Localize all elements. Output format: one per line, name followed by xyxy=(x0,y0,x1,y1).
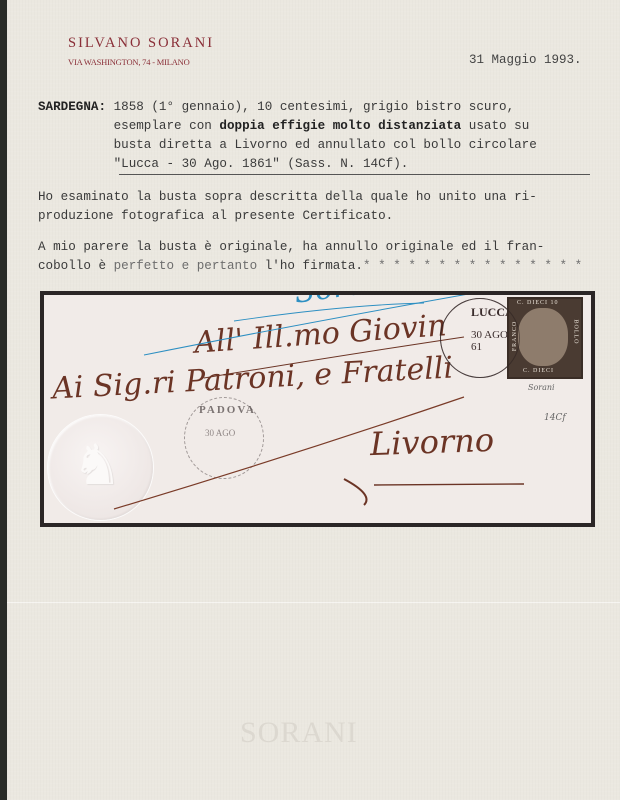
asterisk-fill: * * * * * * * * * * * * * * * xyxy=(363,259,582,273)
postmark-lucca-overlay xyxy=(440,298,520,378)
paper-fold-line xyxy=(7,602,620,603)
scan-edge-strip xyxy=(0,0,7,800)
opinion-paragraph: A mio parere la busta è originale, ha an… xyxy=(38,238,582,276)
examination-paragraph: Ho esaminato la busta sopra descritta de… xyxy=(38,188,537,226)
paragraph1-line1: Ho esaminato la busta sopra descritta de… xyxy=(38,190,537,204)
description-line-4: "Lucca - 30 Ago. 1861" (Sass. N. 14Cf). xyxy=(38,157,408,171)
stamp-effigy xyxy=(518,308,568,366)
description-variety-bold: doppia effigie molto distanziata xyxy=(219,119,461,133)
description-line-2-post: usato su xyxy=(461,119,529,133)
paragraph2-line1: A mio parere la busta è originale, ha an… xyxy=(38,240,544,254)
description-line-3: busta diretta a Livorno ed annullato col… xyxy=(38,138,537,152)
paragraph1-line2: produzione fotografica al presente Certi… xyxy=(38,209,393,223)
stamp-top-text: C. DIECI 10 xyxy=(517,300,559,306)
paragraph2-line2a: cobollo è xyxy=(38,259,114,273)
envelope-image: ♞ PADOVA 30 AGO All' Ill.mo Giovin Ai Si… xyxy=(44,295,591,523)
description-line-2-pre: esemplare con xyxy=(38,119,219,133)
country-label: SARDEGNA: xyxy=(38,100,106,114)
description-line-1: 1858 (1° gennaio), 10 centesimi, grigio … xyxy=(106,100,514,114)
stamp-right-text: BOLLO xyxy=(573,320,579,345)
paragraph2-line2b: perfetto e pertanto xyxy=(114,259,258,273)
letterhead-address: VIA WASHINGTON, 74 - MILANO xyxy=(68,57,190,67)
watermark: SORANI xyxy=(240,716,358,750)
stamp-bottom-text: C. DIECI xyxy=(523,368,554,374)
envelope-photo-frame: ♞ PADOVA 30 AGO All' Ill.mo Giovin Ai Si… xyxy=(40,291,595,527)
description-underline xyxy=(119,174,590,175)
stamp-description: SARDEGNA: 1858 (1° gennaio), 10 centesim… xyxy=(38,98,537,174)
paragraph2-line2c: l'ho firmata. xyxy=(257,259,363,273)
pencil-signature: Sorani xyxy=(528,383,555,392)
letterhead-name: SILVANO SORANI xyxy=(68,35,214,52)
certificate-date: 31 Maggio 1993. xyxy=(469,53,582,67)
pencil-catalog-note: 14Cf xyxy=(544,413,566,423)
